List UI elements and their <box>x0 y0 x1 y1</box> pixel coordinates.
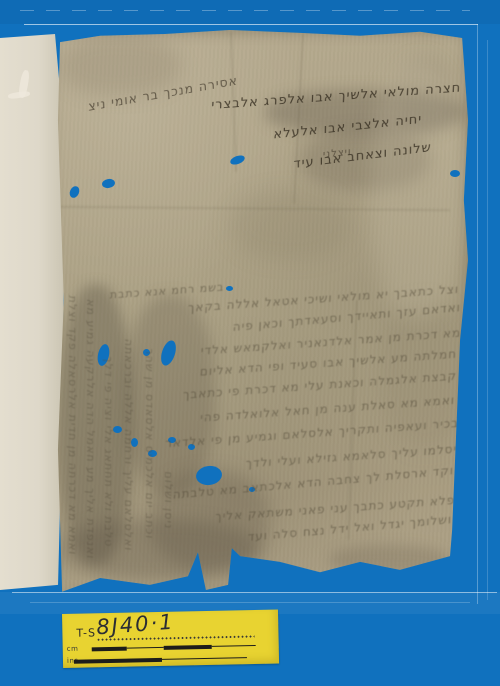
cm-unit-label: cm <box>67 645 79 653</box>
scale-segment <box>212 645 256 647</box>
scale-segment <box>74 657 162 663</box>
margin-text-line: ניסן ושלום <box>162 339 174 530</box>
cm-scale-bar <box>92 643 256 651</box>
sleeve-top-band <box>0 0 500 24</box>
classmark-prefix: T-S <box>76 626 96 639</box>
sleeve-line <box>12 592 497 593</box>
margin-text-line: וכתב יום אלכמיס אלסאדס מן שהר <box>143 329 155 540</box>
sleeve-line <box>24 24 478 25</box>
classmark-label: T-S 8J40·1 cm ins <box>62 609 279 668</box>
sleeve-line <box>477 24 478 604</box>
guard-scuff-mark <box>8 90 31 99</box>
sleeve-line <box>20 10 470 11</box>
photo-stage: אסירה מנכך בר אומי ניצחצרה מולאי אלשיך א… <box>0 0 500 686</box>
hole <box>226 286 233 291</box>
scale-segment <box>164 644 212 649</box>
manuscript-fragment: אסירה מנכך בר אומי ניצחצרה מולאי אלשיך א… <box>50 30 468 605</box>
hole <box>68 185 81 200</box>
margin-text-line: ואלסלאם עליך ורחמה אללה וברכאתה <box>122 316 134 552</box>
ins-scale-bar <box>74 655 247 664</box>
sleeve-line <box>30 602 470 603</box>
margin-text-line: ואנפדת אליך מע חאמל הדה אלרקעה גמיע מא <box>84 309 96 560</box>
margin-text-line: טלבת ולא תחתאג אלי וציה פי דלך <box>102 322 114 548</box>
main-text-line: וקד ארסלת לך צחבה הדא אלכתאב מא טלבתה <box>250 464 455 495</box>
hole <box>101 178 115 189</box>
sleeve-line <box>487 40 488 600</box>
hole <box>229 154 246 167</box>
stain <box>330 545 450 575</box>
margin-text-line: ואמא מא דכרתה מן חדית אלרסאלה פקד וצלת <box>66 290 78 556</box>
stain <box>230 190 350 260</box>
scale-segment <box>127 647 164 649</box>
classmark-handwritten: 8J40·1 <box>95 610 175 640</box>
scale-segment <box>162 657 247 660</box>
hole <box>450 170 460 177</box>
scale-segment <box>92 646 127 651</box>
